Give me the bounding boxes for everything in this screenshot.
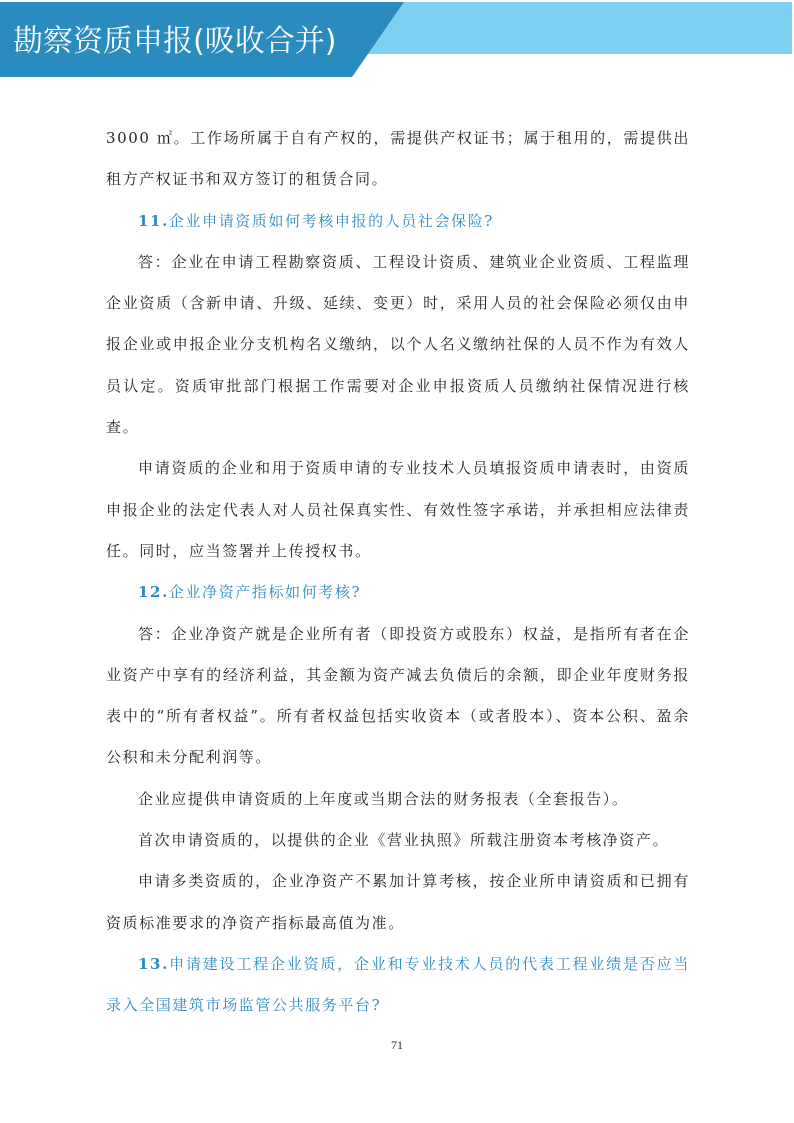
- question-text: 企业申请资质如何考核申报的人员社会保险?: [169, 212, 494, 230]
- question-number: 12.: [138, 583, 169, 601]
- question-text: 申请建设工程企业资质，企业和专业技术人员的代表工程业绩是否应当录入全国建筑市场监…: [106, 955, 690, 1014]
- question-11: 11.企业申请资质如何考核申报的人员社会保险?: [106, 201, 690, 242]
- answer-12-paragraph-1: 答：企业净资产就是企业所有者（即投资方或股东）权益，是指所有者在企业资产中享有的…: [106, 614, 690, 779]
- answer-12-paragraph-2: 企业应提供申请资质的上年度或当期合法的财务报表（全套报告）。: [106, 779, 690, 820]
- question-text: 企业净资产指标如何考核?: [169, 583, 361, 601]
- question-12: 12.企业净资产指标如何考核?: [106, 572, 690, 613]
- answer-11-paragraph-1: 答：企业在申请工程勘察资质、工程设计资质、建筑业企业资质、工程监理企业资质（含新…: [106, 242, 690, 448]
- question-13: 13.申请建设工程企业资质，企业和专业技术人员的代表工程业绩是否应当录入全国建筑…: [106, 944, 690, 1027]
- paragraph-workplace-continuation: 3000 ㎡。工作场所属于自有产权的，需提供产权证书；属于租用的，需提供出租方产…: [106, 118, 690, 201]
- question-number: 11.: [138, 212, 169, 230]
- page-header: 勘察资质申报(吸收合并): [0, 0, 794, 80]
- answer-12-paragraph-3: 首次申请资质的，以提供的企业《营业执照》所载注册资本考核净资产。: [106, 820, 690, 861]
- page-content: 3000 ㎡。工作场所属于自有产权的，需提供产权证书；属于租用的，需提供出租方产…: [106, 118, 690, 1027]
- page-number: 71: [0, 1038, 794, 1053]
- answer-12-paragraph-4: 申请多类资质的，企业净资产不累加计算考核，按企业所申请资质和已拥有资质标准要求的…: [106, 861, 690, 944]
- question-number: 13.: [138, 955, 169, 973]
- chapter-title: 勘察资质申报(吸收合并): [13, 22, 336, 62]
- answer-11-paragraph-2: 申请资质的企业和用于资质申请的专业技术人员填报资质申请表时，由资质申报企业的法定…: [106, 448, 690, 572]
